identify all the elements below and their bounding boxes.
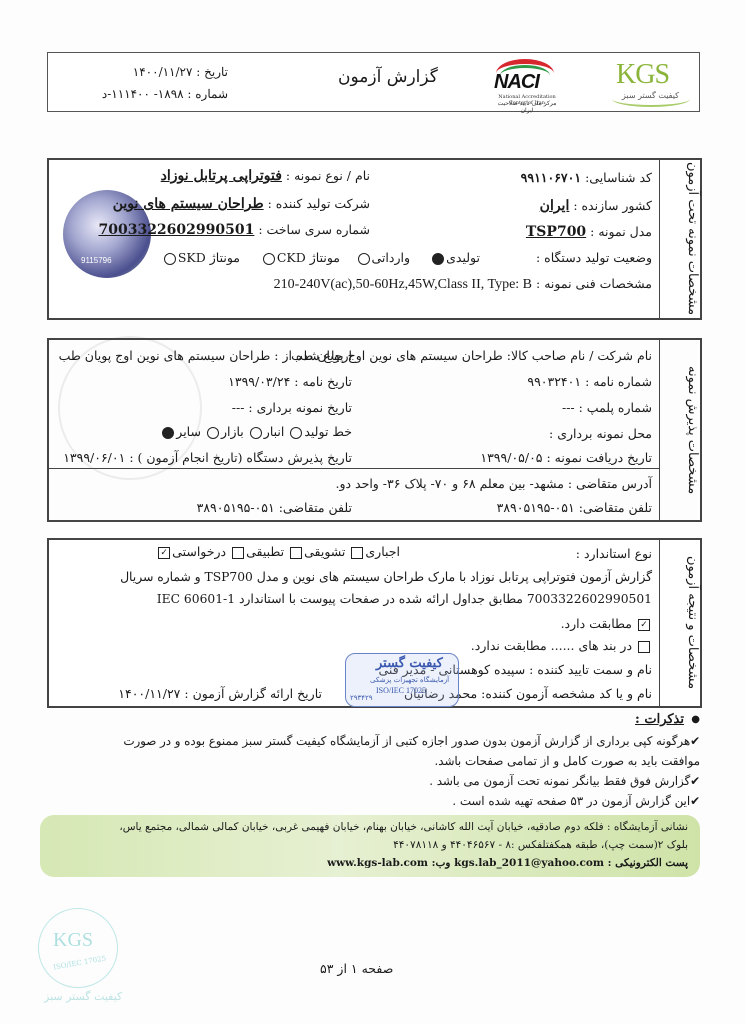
referred-field: ارجاع شده از : طراحان سیستم های نوین اوج… [59, 348, 352, 363]
production-option-domestic: تولیدی [430, 250, 480, 265]
seal-number-field: شماره پلمپ : --- [562, 400, 652, 415]
production-option-ckd: مونتاژ CKD [261, 250, 340, 265]
field-value: --- [232, 400, 245, 415]
option-label: در بند های ...... مطابقت ندارد. [471, 638, 632, 653]
field-label: تلفن متقاضی: [279, 500, 352, 515]
radio-empty-icon [358, 253, 370, 265]
field-value: ۱۳۹۹/۰۵/۰۵ [480, 450, 542, 465]
option-label: خط تولید [304, 424, 352, 439]
field-value: ۰۵۱-۳۸۹۰۵۱۹۵ [497, 500, 575, 515]
sampling-place-options: خط تولید انبار بازار سایر [160, 424, 352, 439]
checkbox-empty-icon [351, 547, 363, 559]
radio-selected-icon [432, 253, 444, 265]
option-label: انبار [264, 424, 285, 439]
production-option-import: وارداتی [356, 250, 410, 265]
field-label: شماره سری ساخت : [258, 222, 370, 237]
address-line-1: نشانی آزمایشگاه : فلکه دوم صادقیه، خیابا… [119, 821, 688, 833]
bullet-icon: ● [691, 714, 700, 725]
field-value: فتوتراپی پرتابل نوزاد [161, 168, 282, 184]
sampling-date-field: تاریخ نمونه برداری : --- [232, 400, 352, 415]
checkbox-empty-icon [290, 547, 302, 559]
naci-subtitle-fa: مرکز ملی تایید صلاحیت ایران [494, 100, 560, 114]
kgs-logo: KGS کیفیت گستر سبز [608, 59, 693, 107]
date-value: ۱۴۰۰/۱۱/۲۷ [133, 65, 193, 79]
report-header: KGS کیفیت گستر سبز NACI National Accredi… [47, 52, 700, 112]
check-icon: ✔ [690, 794, 700, 808]
number-label: شماره : [187, 87, 228, 101]
field-label: نام / نوع نمونه : [286, 168, 370, 183]
radio-empty-icon [290, 427, 302, 439]
naci-logo: NACI National Accreditation Center of Ir… [492, 57, 560, 107]
report-date: تاریخ : ۱۴۰۰/۱۱/۲۷ [58, 65, 228, 79]
checkbox-checked-icon: ✓ [638, 619, 650, 631]
stamp-subtitle: آزمایشگاه تجهیزات پزشکی [370, 676, 449, 684]
id-code-field: کد شناسایی: ۹۹۱۱۰۶۷۰۱ [521, 170, 652, 185]
note-item: موافقت باید به صورت کامل و از تمامی صفحا… [435, 754, 701, 768]
section-label: مشخصات پذیرش نمونه [659, 340, 700, 520]
field-label: تاریخ دریافت نمونه : [547, 450, 653, 465]
serial-field: شماره سری ساخت : 7003322602990501 [98, 222, 370, 238]
field-value: طراحان سیستم های نوین اوج پویان طب [59, 348, 271, 363]
lab-stamp: کیفیت گستر آزمایشگاه تجهیزات پزشکی ISO/I… [345, 653, 459, 707]
report-number: شماره : ۱۸۹۸- ۱۱۱۴۰۰-د [58, 87, 228, 101]
stamp-kgs-text: KGS [53, 929, 93, 952]
field-label: شماره نامه : [585, 374, 652, 389]
field-label: نام شرکت / نام صاحب کالا: [507, 348, 652, 363]
check-icon: ✔ [690, 734, 700, 748]
radio-empty-icon [250, 427, 262, 439]
field-value: 7003322602990501 [98, 222, 254, 238]
receive-date-field: تاریخ دریافت نمونه : ۱۳۹۹/۰۵/۰۵ [480, 450, 652, 465]
option-label: مطابقت دارد. [561, 616, 632, 631]
sample-acceptance-section: مشخصات پذیرش نمونه نام شرکت / نام صاحب ک… [47, 338, 702, 522]
option-label: مونتاژ CKD [277, 250, 340, 265]
complies-option: ✓ مطابقت دارد. [561, 616, 652, 631]
stamp-iso: ISO/IEC 17025 [376, 686, 426, 695]
field-label: ارجاع شده از : [274, 348, 352, 363]
acceptance-date-field: تاریخ پذیرش دستگاه (تاریخ انجام آزمون ) … [63, 450, 352, 465]
description-line-2: 7003322602990501 مطابق جداول ارائه شده د… [157, 592, 652, 606]
field-label: نام و یا کد مشخصه آزمون کننده: [481, 686, 652, 701]
standard-type-label: نوع استاندارد : [576, 546, 652, 561]
section-label: مشخصات نمونه تحت آزمون [659, 160, 700, 318]
radio-empty-icon [207, 427, 219, 439]
naci-logo-text: NACI [494, 71, 539, 94]
checkbox-checked-icon: ✓ [158, 547, 170, 559]
option-label: تولیدی [446, 250, 480, 265]
page-number: صفحه ۱ از ۵۳ [320, 961, 393, 976]
address-line-2: بلوک ۲(سمت چپ)، طبقه همکفتلفکس :۸ - ۴۴۰۴… [393, 839, 688, 851]
field-value: TSP700 [526, 224, 586, 240]
radio-empty-icon [263, 253, 275, 265]
field-label: شرکت تولید کننده : [268, 196, 370, 211]
sample-spec-section: مشخصات نمونه تحت آزمون 9115796 کد شناسای… [47, 158, 702, 320]
note-item: ✔گزارش فوق فقط بیانگر نمونه تحت آزمون می… [429, 774, 700, 788]
field-label: تاریخ پذیرش دستگاه (تاریخ انجام آزمون ) … [129, 450, 352, 465]
country-field: کشور سازنده : ایران [540, 198, 652, 214]
field-label: نام و سمت تایید کننده : [529, 662, 652, 677]
field-label: تاریخ نامه : [294, 374, 352, 389]
checkbox-empty-icon [638, 641, 650, 653]
option-label: سایر [176, 424, 201, 439]
kgs-iso-stamp: KGS ISO/IEC 17025 [38, 908, 118, 988]
not-complies-option: در بند های ...... مطابقت ندارد. [471, 638, 652, 653]
note-item: ✔این گزارش آزمون در ۵۳ صفحه تهیه شده است… [452, 794, 700, 808]
note-text: این گزارش آزمون در ۵۳ صفحه تهیه شده است … [452, 794, 690, 808]
stamp-code: ۲۹۳۴۲۹ [350, 694, 373, 702]
phone-field: تلفن متقاضی: ۰۵۱-۳۸۹۰۵۱۹۵ [497, 500, 652, 515]
field-label: تاریخ نمونه برداری : [248, 400, 352, 415]
swoosh-icon [612, 91, 690, 107]
kgs-stamp-subtitle: کیفیت گستر سبز [44, 990, 122, 1003]
option-label: درخواستی [172, 544, 226, 559]
field-label: تاریخ ارائه گزارش آزمون : [184, 686, 322, 701]
field-value: مشهد- بین معلم ۶۸ و ۷۰- پلاک ۳۶- واحد دو… [335, 476, 563, 491]
production-status-label: وضعیت تولید دستگاه : [536, 250, 652, 265]
letter-number-field: شماره نامه : ۹۹۰۳۲۴۰۱ [527, 374, 652, 389]
note-text: گزارش فوق فقط بیانگر نمونه تحت آزمون می … [429, 774, 690, 788]
tech-spec-field: مشخصات فنی نمونه : 210-240V(ac),50-60Hz,… [274, 276, 652, 293]
manufacturer-field: شرکت تولید کننده : طراحان سیستم های نوین [113, 196, 370, 212]
number-value: ۱۸۹۸- ۱۱۱۴۰۰-د [102, 87, 184, 101]
model-field: مدل نمونه : TSP700 [526, 224, 652, 240]
contact-footer: نشانی آزمایشگاه : فلکه دوم صادقیه، خیابا… [40, 815, 700, 877]
field-label: مدل نمونه : [590, 224, 652, 239]
option-label: بازار [221, 424, 244, 439]
option-label: تشویقی [304, 544, 345, 559]
note-item: ✔هرگونه کپی برداری از گزارش آزمون بدون ص… [123, 734, 700, 748]
field-value: ۹۹۱۱۰۶۷۰۱ [521, 170, 581, 185]
report-date-field: تاریخ ارائه گزارش آزمون : ۱۴۰۰/۱۱/۲۷ [118, 686, 322, 701]
notes-heading: تذکرات : [635, 712, 684, 727]
stamp-title: کیفیت گستر [376, 656, 443, 671]
field-value: 210-240V(ac),50-60Hz,45W,Class II, Type:… [274, 277, 532, 292]
field-label: کشور سازنده : [573, 198, 652, 213]
field-value: ایران [540, 198, 570, 214]
address-field: آدرس متقاضی : مشهد- بین معلم ۶۸ و ۷۰- پل… [335, 476, 652, 491]
stamp-iso-text: ISO/IEC 17025 [53, 954, 107, 971]
field-value: ۹۹۰۳۲۴۰۱ [527, 374, 581, 389]
field-label: کد شناسایی: [585, 170, 652, 185]
field-label: تلفن متقاضی: [579, 500, 652, 515]
option-label: تطبیقی [246, 544, 284, 559]
radio-selected-icon [162, 427, 174, 439]
check-icon: ✔ [690, 774, 700, 788]
note-text: هرگونه کپی برداری از گزارش آزمون بدون صد… [123, 734, 690, 748]
sampling-place-label: محل نمونه برداری : [549, 426, 652, 441]
section-label: مشخصات و نتیجه آزمون [659, 540, 700, 706]
kgs-logo-text: KGS [616, 59, 669, 91]
option-label: مونتاژ SKD [178, 250, 240, 265]
standard-type-options: اجباری تشویقی تطبیقی درخواستی✓ [156, 544, 400, 559]
sample-name-field: نام / نوع نمونه : فتوتراپی پرتابل نوزاد [161, 168, 370, 184]
field-value: --- [562, 400, 575, 415]
phone2-field: تلفن متقاضی: ۰۵۱-۳۸۹۰۵۱۹۵ [197, 500, 352, 515]
option-label: وارداتی [372, 250, 410, 265]
option-label: اجباری [365, 544, 400, 559]
field-value: ۰۵۱-۳۸۹۰۵۱۹۵ [197, 500, 275, 515]
page-title: گزارش آزمون [338, 67, 438, 87]
field-value: ۱۴۰۰/۱۱/۲۷ [118, 686, 180, 701]
field-label: شماره پلمپ : [579, 400, 652, 415]
hologram-code: 9115796 [81, 256, 112, 265]
field-value: ۱۳۹۹/۰۳/۲۴ [228, 374, 290, 389]
contact-line: پست الکترونیکی : kgs.lab_2011@yahoo.com … [327, 857, 688, 869]
field-label: آدرس متقاضی : [568, 476, 652, 491]
field-label: مشخصات فنی نمونه : [536, 276, 652, 291]
production-option-skd: مونتاژ SKD [162, 250, 240, 265]
date-label: تاریخ : [196, 65, 228, 79]
note-text: موافقت باید به صورت کامل و از تمامی صفحا… [435, 754, 701, 768]
field-value: ۱۳۹۹/۰۶/۰۱ [63, 450, 125, 465]
description-line-1: گزارش آزمون فتوتراپی پرتابل نوزاد با مار… [120, 570, 652, 584]
checkbox-empty-icon [232, 547, 244, 559]
section-divider [49, 468, 660, 469]
radio-empty-icon [164, 253, 176, 265]
field-value: طراحان سیستم های نوین [113, 196, 264, 212]
letter-date-field: تاریخ نامه : ۱۳۹۹/۰۳/۲۴ [228, 374, 352, 389]
